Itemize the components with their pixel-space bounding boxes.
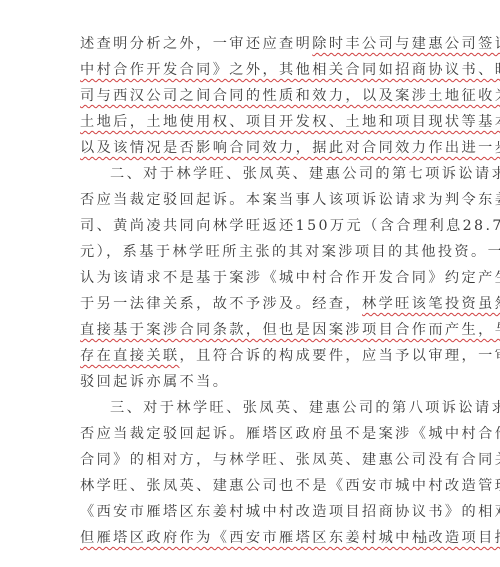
text-line: 否应当裁定驳回起诉。本案当事人该项诉讼请求为判令东姜村公 bbox=[80, 189, 440, 211]
text-line: 述查明分析之外，一审还应查明除时丰公司与建惠公司签订的《城 bbox=[80, 33, 440, 55]
text-line: 于另一法律关系，故不予涉及。经查，林学旺该笔投资虽然不是 bbox=[80, 293, 440, 315]
text-line: 但雁塔区政府作为《西安市雁塔区东姜村城中村改造项目招商协 bbox=[80, 527, 440, 549]
text-line: 元），系基于林学旺所主张的其对案涉项目的其他投资。一审法院 bbox=[80, 241, 440, 263]
line-text: 于另一法律关系，故不予涉及。经查， bbox=[80, 296, 362, 312]
text-line: 驳回起诉亦属不当。 bbox=[80, 371, 440, 393]
text-line: 认为该请求不是基于案涉《城中村合作开发合同》约定产生，属 bbox=[80, 267, 440, 289]
text-line: 司与西汉公司之间合同的性质和效力，以及案涉土地征收为国有 bbox=[80, 85, 440, 107]
paragraph-heading-3: 三、对于林学旺、张凤英、建惠公司的第八项诉讼请求，是 bbox=[80, 397, 440, 419]
text-line: 否应当裁定驳回起诉。雁塔区政府虽不是案涉《城中村合作开发 bbox=[80, 423, 440, 445]
line-text: 元），系基于林学旺所主张的其对案涉项目的其他投资。一审法院 bbox=[80, 244, 500, 260]
page-number: 11 bbox=[417, 536, 428, 546]
document-page: 述查明分析之外，一审还应查明除时丰公司与建惠公司签订的《城 中村合作开发合同》之… bbox=[0, 0, 500, 567]
text-line: 合同》的相对方，与林学旺、张凤英、建惠公司没有合同关系， bbox=[80, 449, 440, 471]
line-text: 述查明分析之外，一审还应查明 bbox=[80, 36, 312, 52]
wavy-underlined-text: 存在直接关联 bbox=[80, 348, 180, 364]
wavy-underlined-text: 但雁塔区政府作为《西安市雁塔区东姜村城中村改造项目招商协 bbox=[80, 530, 500, 546]
line-text: ，且符合诉的构成要件，应当予以审理，一审裁定 bbox=[180, 348, 500, 364]
line-text: 三、对于林学旺、张凤英、建惠公司的第八项诉讼请求，是 bbox=[110, 400, 500, 416]
paragraph-heading-2: 二、对于林学旺、张凤英、建惠公司的第七项诉讼请求，是 bbox=[80, 163, 440, 185]
line-text: 否应当裁定驳回起诉。本案当事人该项诉讼请求为判令东姜村公 bbox=[80, 192, 500, 208]
wavy-underlined-text: 除时丰公司与建惠公司签订的《城 bbox=[312, 36, 500, 52]
wavy-underlined-text: 直接基于案涉合同条款，但也是因案涉项目合作而产生，与本案 bbox=[80, 322, 500, 338]
line-text: 《西安市雁塔区东姜村城中村改造项目招商协议书》的相对方， bbox=[80, 504, 500, 520]
wavy-underlined-text: 林学旺该笔投资虽然不是 bbox=[362, 296, 500, 312]
wavy-underlined-text: 司与西汉公司之间合同的性质和效力，以及案涉土地征收为国有 bbox=[80, 88, 500, 104]
line-text: 否应当裁定驳回起诉。雁塔区政府虽不是案涉《城中村合作开发 bbox=[80, 426, 500, 442]
line-text: 认为该请求不是基于案涉《城中村合作开发合同》约定产生，属 bbox=[80, 270, 500, 286]
line-text: 林学旺、张凤英、建惠公司也不是《西安市城中村改造管理办法》 bbox=[80, 478, 500, 494]
text-line: 以及该情况是否影响合同效力，据此对合同效力作出进一步认定。 bbox=[80, 137, 440, 159]
text-line: 林学旺、张凤英、建惠公司也不是《西安市城中村改造管理办法》 bbox=[80, 475, 440, 497]
line-text: 二、对于林学旺、张凤英、建惠公司的第七项诉讼请求，是 bbox=[110, 166, 500, 182]
line-text: 驳回起诉亦属不当。 bbox=[80, 374, 229, 390]
text-line: 《西安市雁塔区东姜村城中村改造项目招商协议书》的相对方， bbox=[80, 501, 440, 523]
text-line: 土地后，土地使用权、项目开发权、土地和项目现状等基本情况， bbox=[80, 111, 440, 133]
wavy-underlined-text: 以及该情况是否影响合同效力，据此对合同效力作出进一步认定。 bbox=[80, 140, 500, 156]
line-text: 司、黄尚凌共同向林学旺返还150万元（含合理利息28.718万 bbox=[80, 218, 500, 234]
text-line: 中村合作开发合同》之外，其他相关合同如招商协议书、时丰公 bbox=[80, 59, 440, 81]
wavy-underlined-text: 土地后，土地使用权、项目开发权、土地和项目现状等基本情况， bbox=[80, 114, 500, 130]
line-text: 合同》的相对方，与林学旺、张凤英、建惠公司没有合同关系， bbox=[80, 452, 500, 468]
text-line: 直接基于案涉合同条款，但也是因案涉项目合作而产生，与本案 bbox=[80, 319, 440, 341]
wavy-underlined-text: 中村合作开发合同》之外，其他相关合同如招商协议书、时丰公 bbox=[80, 62, 500, 78]
text-line: 存在直接关联，且符合诉的构成要件，应当予以审理，一审裁定 bbox=[80, 345, 440, 367]
text-line: 司、黄尚凌共同向林学旺返还150万元（含合理利息28.718万 bbox=[80, 215, 440, 237]
